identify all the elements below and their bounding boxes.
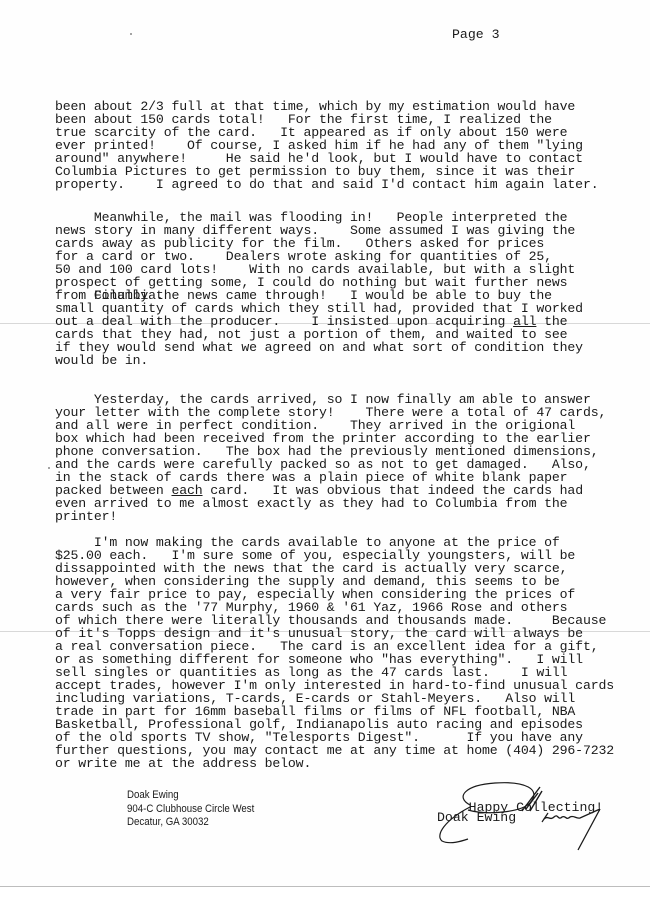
page-number: Page 3: [452, 27, 499, 42]
text-line: would be in.: [55, 354, 583, 367]
paragraph-pricing-offer: I'm now making the cards available to an…: [55, 536, 614, 770]
sender-city: Decatur, GA 30032: [127, 816, 254, 830]
sender-address: Doak Ewing 904-C Clubhouse Circle West D…: [127, 789, 254, 830]
text-line: printer!: [55, 510, 606, 523]
sender-name: Doak Ewing: [127, 789, 254, 803]
text-line: even arrived to me almost exactly as the…: [55, 497, 606, 510]
speck: [130, 33, 132, 35]
paragraph-scarcity: been about 2/3 full at that time, which …: [55, 100, 598, 191]
paragraph-news-came-through: Finally the news came through! I would b…: [55, 289, 583, 367]
paragraph-cards-arrived: Yesterday, the cards arrived, so I now f…: [55, 393, 606, 523]
letter-page: Page 3 been about 2/3 full at that time,…: [0, 0, 650, 887]
speck: [48, 467, 50, 469]
handwritten-signature-icon: [430, 775, 630, 865]
text-line: or write me at the address below.: [55, 757, 614, 770]
text-line: property. I agreed to do that and said I…: [55, 178, 598, 191]
sender-street: 904-C Clubhouse Circle West: [127, 803, 254, 817]
